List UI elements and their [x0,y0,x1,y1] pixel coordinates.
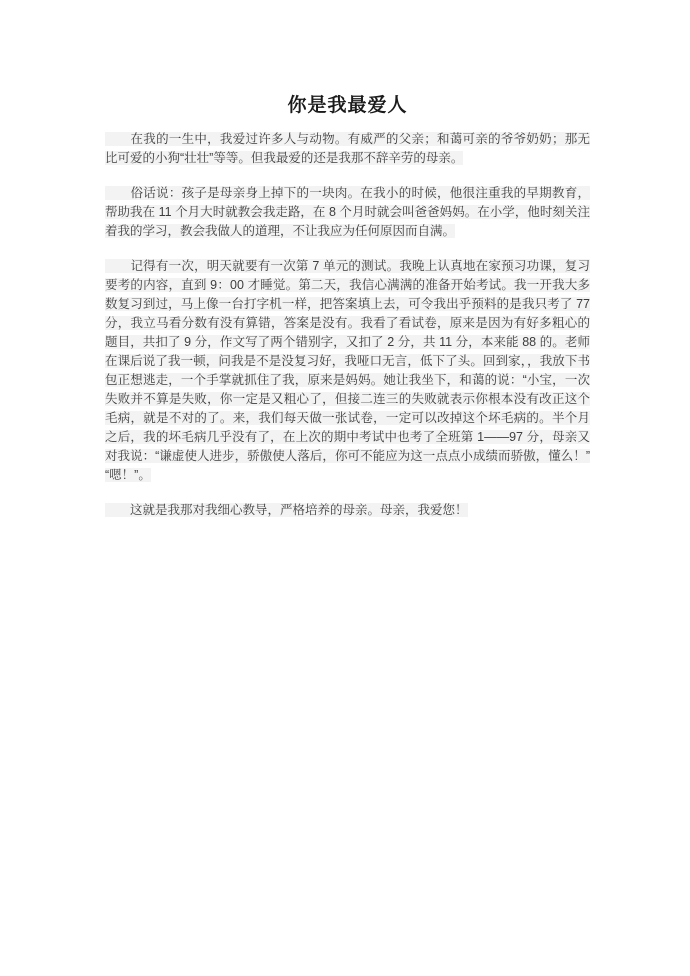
essay-paragraph: 俗话说：孩子是母亲身上掉下的一块肉。在我小的时候，他很注重我的早期教育，帮助我在… [105,184,590,241]
essay-paragraph: 在我的一生中，我爱过许多人与动物。有威严的父亲；和蔼可亲的爷爷奶奶；那无比可爱的… [105,130,590,168]
paragraph-text: 记得有一次，明天就要有一次第 7 单元的测试。我晚上认真地在家预习功课，复习要考… [105,259,590,482]
paragraph-text: 在我的一生中，我爱过许多人与动物。有威严的父亲；和蔼可亲的爷爷奶奶；那无比可爱的… [105,132,590,165]
paragraph-text: 这就是我那对我细心教导，严格培养的母亲。母亲，我爱您！ [105,503,468,517]
paragraph-text: 俗话说：孩子是母亲身上掉下的一块肉。在我小的时候，他很注重我的早期教育，帮助我在… [105,186,590,238]
document-page: 你是我最爱人 在我的一生中，我爱过许多人与动物。有威严的父亲；和蔼可亲的爷爷奶奶… [0,0,690,976]
essay-paragraph: 记得有一次，明天就要有一次第 7 单元的测试。我晚上认真地在家预习功课，复习要考… [105,257,590,485]
essay-paragraph: 这就是我那对我细心教导，严格培养的母亲。母亲，我爱您！ [105,501,590,520]
essay-title: 你是我最爱人 [105,94,590,118]
